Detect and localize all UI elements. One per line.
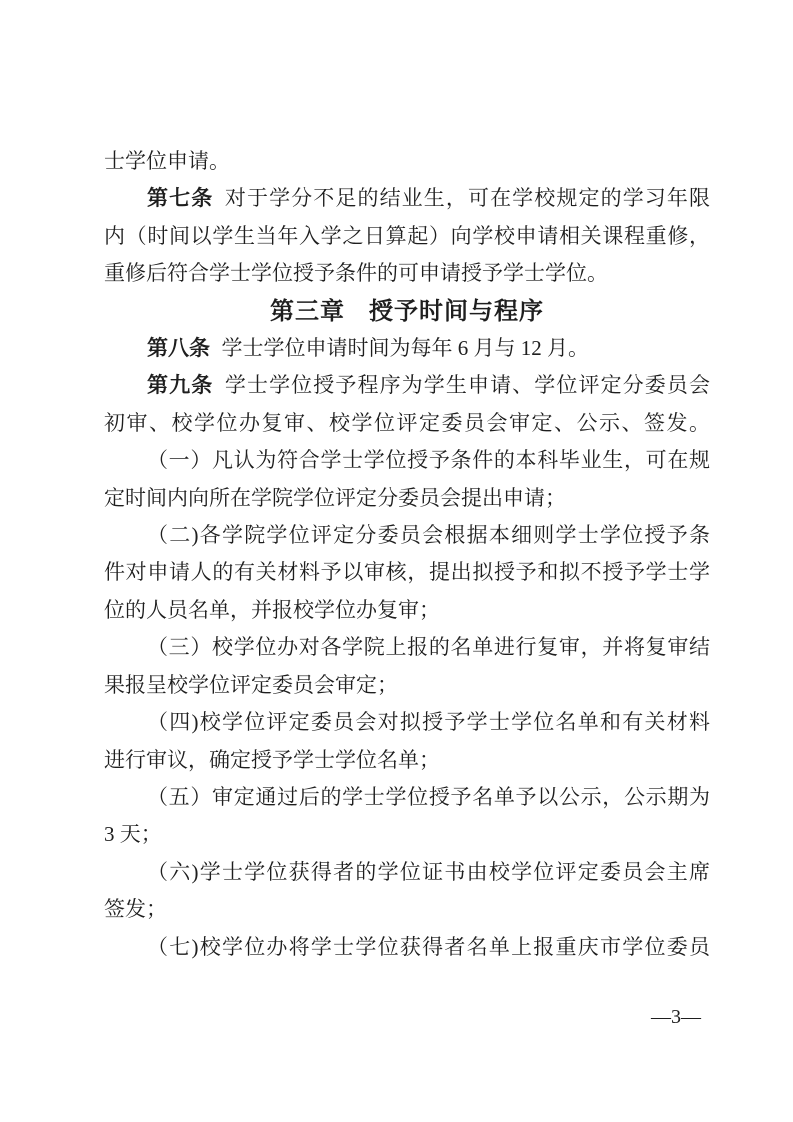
body-line-text: 3 天；: [104, 822, 162, 846]
article-label: 第七条: [147, 186, 213, 210]
body-line: 进行审议，确定授予学士学位名单；: [104, 742, 710, 779]
body-line: （四)校学位评定委员会对拟授予学士学位名单和有关材料: [104, 704, 710, 741]
body-line-text: 进行审议，确定授予学士学位名单；: [104, 748, 440, 772]
body-line: （五）审定通过后的学士学位授予名单予以公示，公示期为: [104, 779, 710, 816]
article-label: 第八条: [147, 336, 210, 360]
chapter-heading: 第三章授予时间与程序: [104, 293, 710, 330]
body-line-text: （五）审定通过后的学士学位授予名单予以公示，公示期为: [147, 785, 710, 809]
document-body: 士学位申请。 第七条对于学分不足的结业生，可在学校规定的学习年限 内（时间以学生…: [104, 143, 710, 966]
chapter-title: 授予时间与程序: [369, 298, 544, 325]
body-line-text: （三）校学位办对各学院上报的名单进行复审，并将复审结: [147, 635, 710, 659]
body-line: （二)各学院学位评定分委员会根据本细则学士学位授予条: [104, 517, 710, 554]
body-line-text: 初审、校学位办复审、校学位评定委员会审定、公示、签发。: [104, 411, 710, 435]
body-line: 位的人员名单，并报校学位办复审；: [104, 592, 710, 629]
body-line: 第九条学士学位授予程序为学生申请、学位评定分委员会: [104, 367, 710, 404]
body-line: 签发；: [104, 891, 710, 928]
body-line: （六)学士学位获得者的学位证书由校学位评定委员会主席: [104, 854, 710, 891]
body-line: 初审、校学位办复审、校学位评定委员会审定、公示、签发。: [104, 405, 710, 442]
body-line: 果报呈校学位评定委员会审定；: [104, 667, 710, 704]
body-line-text: 士学位申请。: [104, 149, 230, 173]
body-line-text: 件对申请人的有关材料予以审核，提出拟授予和拟不授予学士学: [104, 560, 710, 584]
body-line: （三）校学位办对各学院上报的名单进行复审，并将复审结: [104, 629, 710, 666]
body-line: （一）凡认为符合学士学位授予条件的本科毕业生，可在规: [104, 442, 710, 479]
article-label: 第九条: [147, 373, 213, 397]
body-line-text: （一）凡认为符合学士学位授予条件的本科毕业生，可在规: [147, 448, 710, 472]
body-line: 件对申请人的有关材料予以审核，提出拟授予和拟不授予学士学: [104, 554, 710, 591]
page-number: —3—: [651, 1006, 701, 1029]
body-line: 3 天；: [104, 816, 710, 853]
body-line-text: （六)学士学位获得者的学位证书由校学位评定委员会主席: [147, 860, 710, 884]
body-line-text: （二)各学院学位评定分委员会根据本细则学士学位授予条: [147, 523, 710, 547]
document-page: 士学位申请。 第七条对于学分不足的结业生，可在学校规定的学习年限 内（时间以学生…: [0, 0, 793, 1122]
body-line-text: 对于学分不足的结业生，可在学校规定的学习年限: [225, 186, 710, 210]
chapter-number: 第三章: [270, 298, 345, 325]
body-line-text: 果报呈校学位评定委员会审定；: [104, 673, 398, 697]
body-line: 第七条对于学分不足的结业生，可在学校规定的学习年限: [104, 180, 710, 217]
body-line-text: （七)校学位办将学士学位获得者名单上报重庆市学位委员: [147, 935, 710, 959]
body-line: 重修后符合学士学位授予条件的可申请授予学士学位。: [104, 255, 710, 292]
body-line-text: 定时间内向所在学院学位评定分委员会提出申请；: [104, 486, 566, 510]
body-line-text: 内（时间以学生当年入学之日算起）向学校申请相关课程重修，: [104, 224, 710, 248]
body-line: 定时间内向所在学院学位评定分委员会提出申请；: [104, 480, 710, 517]
body-line: 第八条学士学位申请时间为每年 6 月与 12 月。: [104, 330, 710, 367]
body-line: 内（时间以学生当年入学之日算起）向学校申请相关课程重修，: [104, 218, 710, 255]
body-line-text: 学士学位授予程序为学生申请、学位评定分委员会: [225, 373, 710, 397]
body-line: 士学位申请。: [104, 143, 710, 180]
body-line-text: 签发；: [104, 897, 167, 921]
body-line-text: 位的人员名单，并报校学位办复审；: [104, 598, 440, 622]
body-line-text: 重修后符合学士学位授予条件的可申请授予学士学位。: [104, 261, 608, 285]
body-line-text: （四)校学位评定委员会对拟授予学士学位名单和有关材料: [147, 710, 710, 734]
body-line: （七)校学位办将学士学位获得者名单上报重庆市学位委员: [104, 929, 710, 966]
body-line-text: 学士学位申请时间为每年 6 月与 12 月。: [222, 336, 590, 360]
